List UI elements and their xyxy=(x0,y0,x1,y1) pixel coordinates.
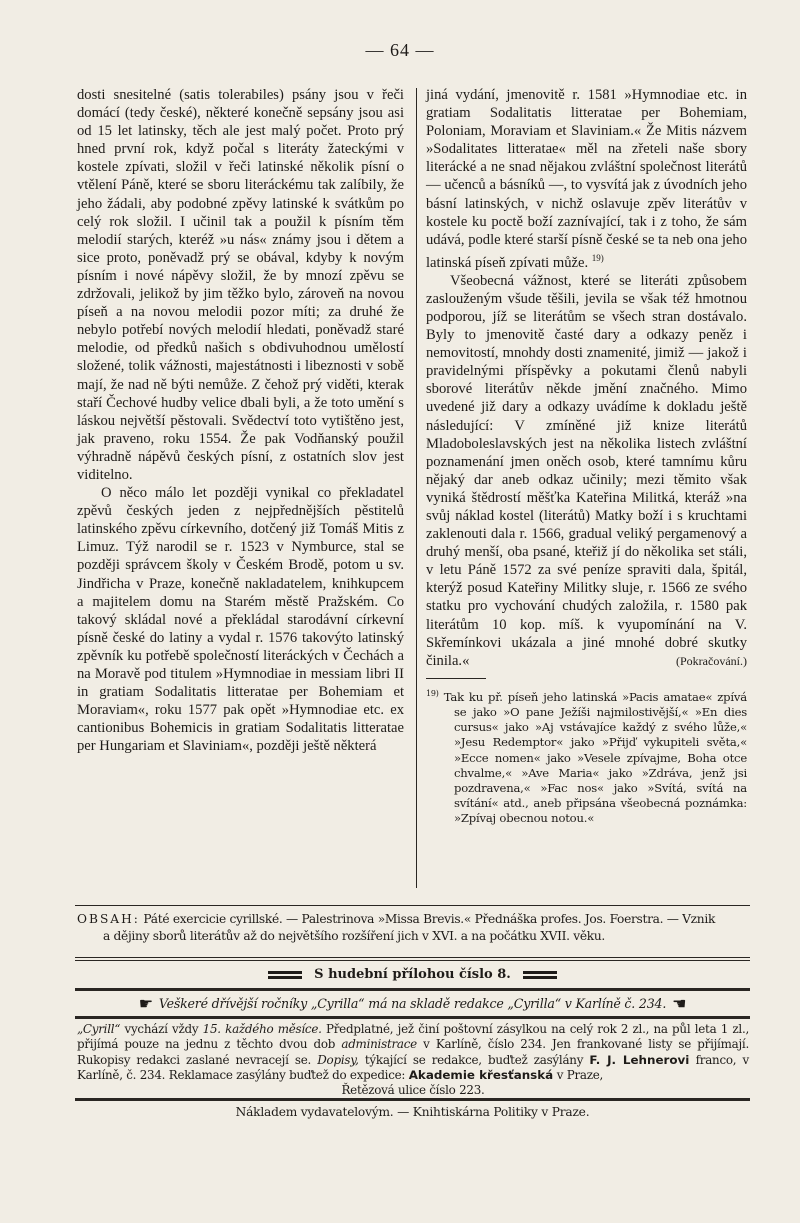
subscription-info: „Cyrill“ vychází vždy 15. každého měsíce… xyxy=(77,1022,749,1098)
footnote-reference[interactable]: 19) xyxy=(592,253,604,263)
paragraph: jiná vydání, jmenovitě r. 1581 »Hymnodia… xyxy=(426,86,747,272)
thick-divider xyxy=(75,1098,750,1101)
administration: administrace xyxy=(341,1037,417,1051)
thick-divider xyxy=(75,1016,750,1019)
article-body: dosti snesitelné (satis tolerabiles) psá… xyxy=(77,86,747,891)
address: Řetězová ulice číslo 223. xyxy=(77,1083,749,1098)
editor-name: F. J. Lehnerovi xyxy=(589,1053,689,1067)
divider xyxy=(75,960,750,961)
thick-divider xyxy=(75,988,750,991)
text: vychází vždy xyxy=(120,1022,202,1036)
footnote-text: Tak ku př. píseň jeho latinská »Pacis am… xyxy=(444,690,747,826)
right-column: jiná vydání, jmenovitě r. 1581 »Hymnodia… xyxy=(426,86,747,827)
letters-label: Dopisy, xyxy=(317,1053,358,1067)
paragraph: Všeobecná vážnost, které se literáti způ… xyxy=(426,272,747,670)
contents-line: Páté exercicie cyrillské. — Palestrinova… xyxy=(143,912,715,926)
footnote-divider xyxy=(426,678,486,679)
double-bar-ornament xyxy=(268,971,302,979)
journal-name: „Cyrill“ xyxy=(77,1022,120,1036)
issue-day: 15. každého měsíce. xyxy=(203,1022,322,1036)
pointing-hand-right-icon: ☛ xyxy=(139,994,153,1013)
contents-line: a dějiny sborů literátův až do největšíh… xyxy=(77,928,749,945)
continued-label: (Pokračování.) xyxy=(426,652,747,670)
paragraph: O něco málo let později vynikal co překl… xyxy=(77,484,404,755)
left-column: dosti snesitelné (satis tolerabiles) psá… xyxy=(77,86,404,755)
footnote-marker: 19) xyxy=(426,689,439,698)
divider xyxy=(75,957,750,958)
expedition-name: Akademie křesťanská xyxy=(409,1068,553,1082)
column-divider xyxy=(416,88,417,888)
footnote: 19) Tak ku př. píseň jeho latinská »Paci… xyxy=(426,686,747,827)
music-supplement-banner: S hudební přílohou číslo 8. xyxy=(75,967,750,982)
supplement-text: S hudební přílohou číslo 8. xyxy=(314,967,511,982)
text: týkající se redakce, buďtež zasýlány xyxy=(359,1053,590,1067)
paragraph: dosti snesitelné (satis tolerabiles) psá… xyxy=(77,86,404,484)
table-of-contents: OBSAH: Páté exercicie cyrillské. — Pales… xyxy=(77,911,749,945)
text: v Praze, xyxy=(553,1068,603,1082)
imprint: Nákladem vydavatelovým. — Knihtiskárna P… xyxy=(75,1105,750,1119)
paragraph-text: jiná vydání, jmenovitě r. 1581 »Hymnodia… xyxy=(426,87,747,271)
pointing-hand-left-icon: ☚ xyxy=(672,994,686,1013)
page-number: — 64 — xyxy=(0,40,800,61)
divider xyxy=(75,905,750,906)
notice-text: Veškeré dřívější ročníky „Cyrilla“ má na… xyxy=(159,996,666,1011)
contents-label: OBSAH: xyxy=(77,912,140,926)
double-bar-ornament xyxy=(523,971,557,979)
back-issues-notice: ☛Veškeré dřívější ročníky „Cyrilla“ má n… xyxy=(75,994,750,1013)
